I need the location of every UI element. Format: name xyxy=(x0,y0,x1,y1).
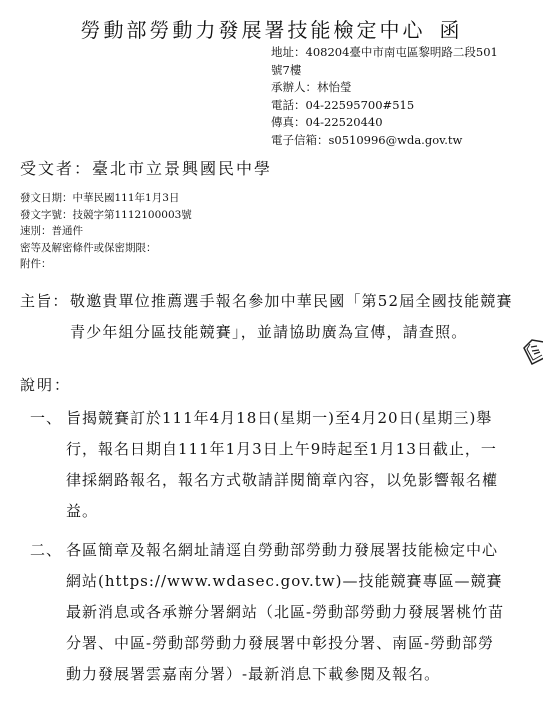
list-item: 二、 各區簡章及報名網址請逕自勞動部勞動力發展署技能檢定中心網站(https:/… xyxy=(30,535,510,690)
subject-label: 主旨： xyxy=(20,286,69,317)
item-number: 二、 xyxy=(30,535,62,566)
sender-info: 地址：408204臺中市南屯區黎明路二段501 號7樓 承辦人：林怡瑩 電話：0… xyxy=(271,44,536,149)
explanation-list: 一、 旨揭競賽訂於111年4月18日(星期一)至4月20日(星期三)舉行，報名日… xyxy=(30,403,510,698)
item-number: 一、 xyxy=(30,403,62,434)
contact-person: 承辦人：林怡瑩 xyxy=(271,79,536,97)
list-item: 一、 旨揭競賽訂於111年4月18日(星期一)至4月20日(星期三)舉行，報名日… xyxy=(30,403,510,527)
priority: 速別：普通件 xyxy=(20,223,192,240)
explanation-label: 說明： xyxy=(20,374,71,395)
fax: 傳真：04-22520440 xyxy=(271,114,536,132)
seal-stamp-icon xyxy=(522,338,543,366)
item-text: 各區簡章及報名網址請逕自勞動部勞動力發展署技能檢定中心網站(https://ww… xyxy=(66,535,510,690)
doc-type: 函 xyxy=(440,18,463,42)
subject-section: 主旨： 敬邀貴單位推薦選手報名參加中華民國「第52屆全國技能競賽青少年組分區技能… xyxy=(20,286,520,348)
document-title: 勞動部勞動力發展署技能檢定中心函 xyxy=(0,14,543,43)
item-text: 旨揭競賽訂於111年4月18日(星期一)至4月20日(星期三)舉行，報名日期自1… xyxy=(66,403,510,527)
address-line-2: 號7樓 xyxy=(271,62,536,80)
agency-name: 勞動部勞動力發展署技能檢定中心 xyxy=(81,18,426,42)
attachments: 附件： xyxy=(20,256,192,273)
email: 電子信箱：s0510996@wda.gov.tw xyxy=(271,132,536,150)
phone: 電話：04-22595700#515 xyxy=(271,97,536,115)
confidentiality: 密等及解密條件或保密期限： xyxy=(20,240,192,257)
issue-date: 發文日期：中華民國111年1月3日 xyxy=(20,190,192,207)
issue-number: 發文字號：技競字第1112100003號 xyxy=(20,207,192,224)
document-meta: 發文日期：中華民國111年1月3日 發文字號：技競字第1112100003號 速… xyxy=(20,190,192,273)
subject-text: 敬邀貴單位推薦選手報名參加中華民國「第52屆全國技能競賽青少年組分區技能競賽」，… xyxy=(70,286,520,348)
address-line-1: 地址：408204臺中市南屯區黎明路二段501 xyxy=(271,44,536,62)
recipient: 受文者：臺北市立景興國民中學 xyxy=(20,156,272,179)
